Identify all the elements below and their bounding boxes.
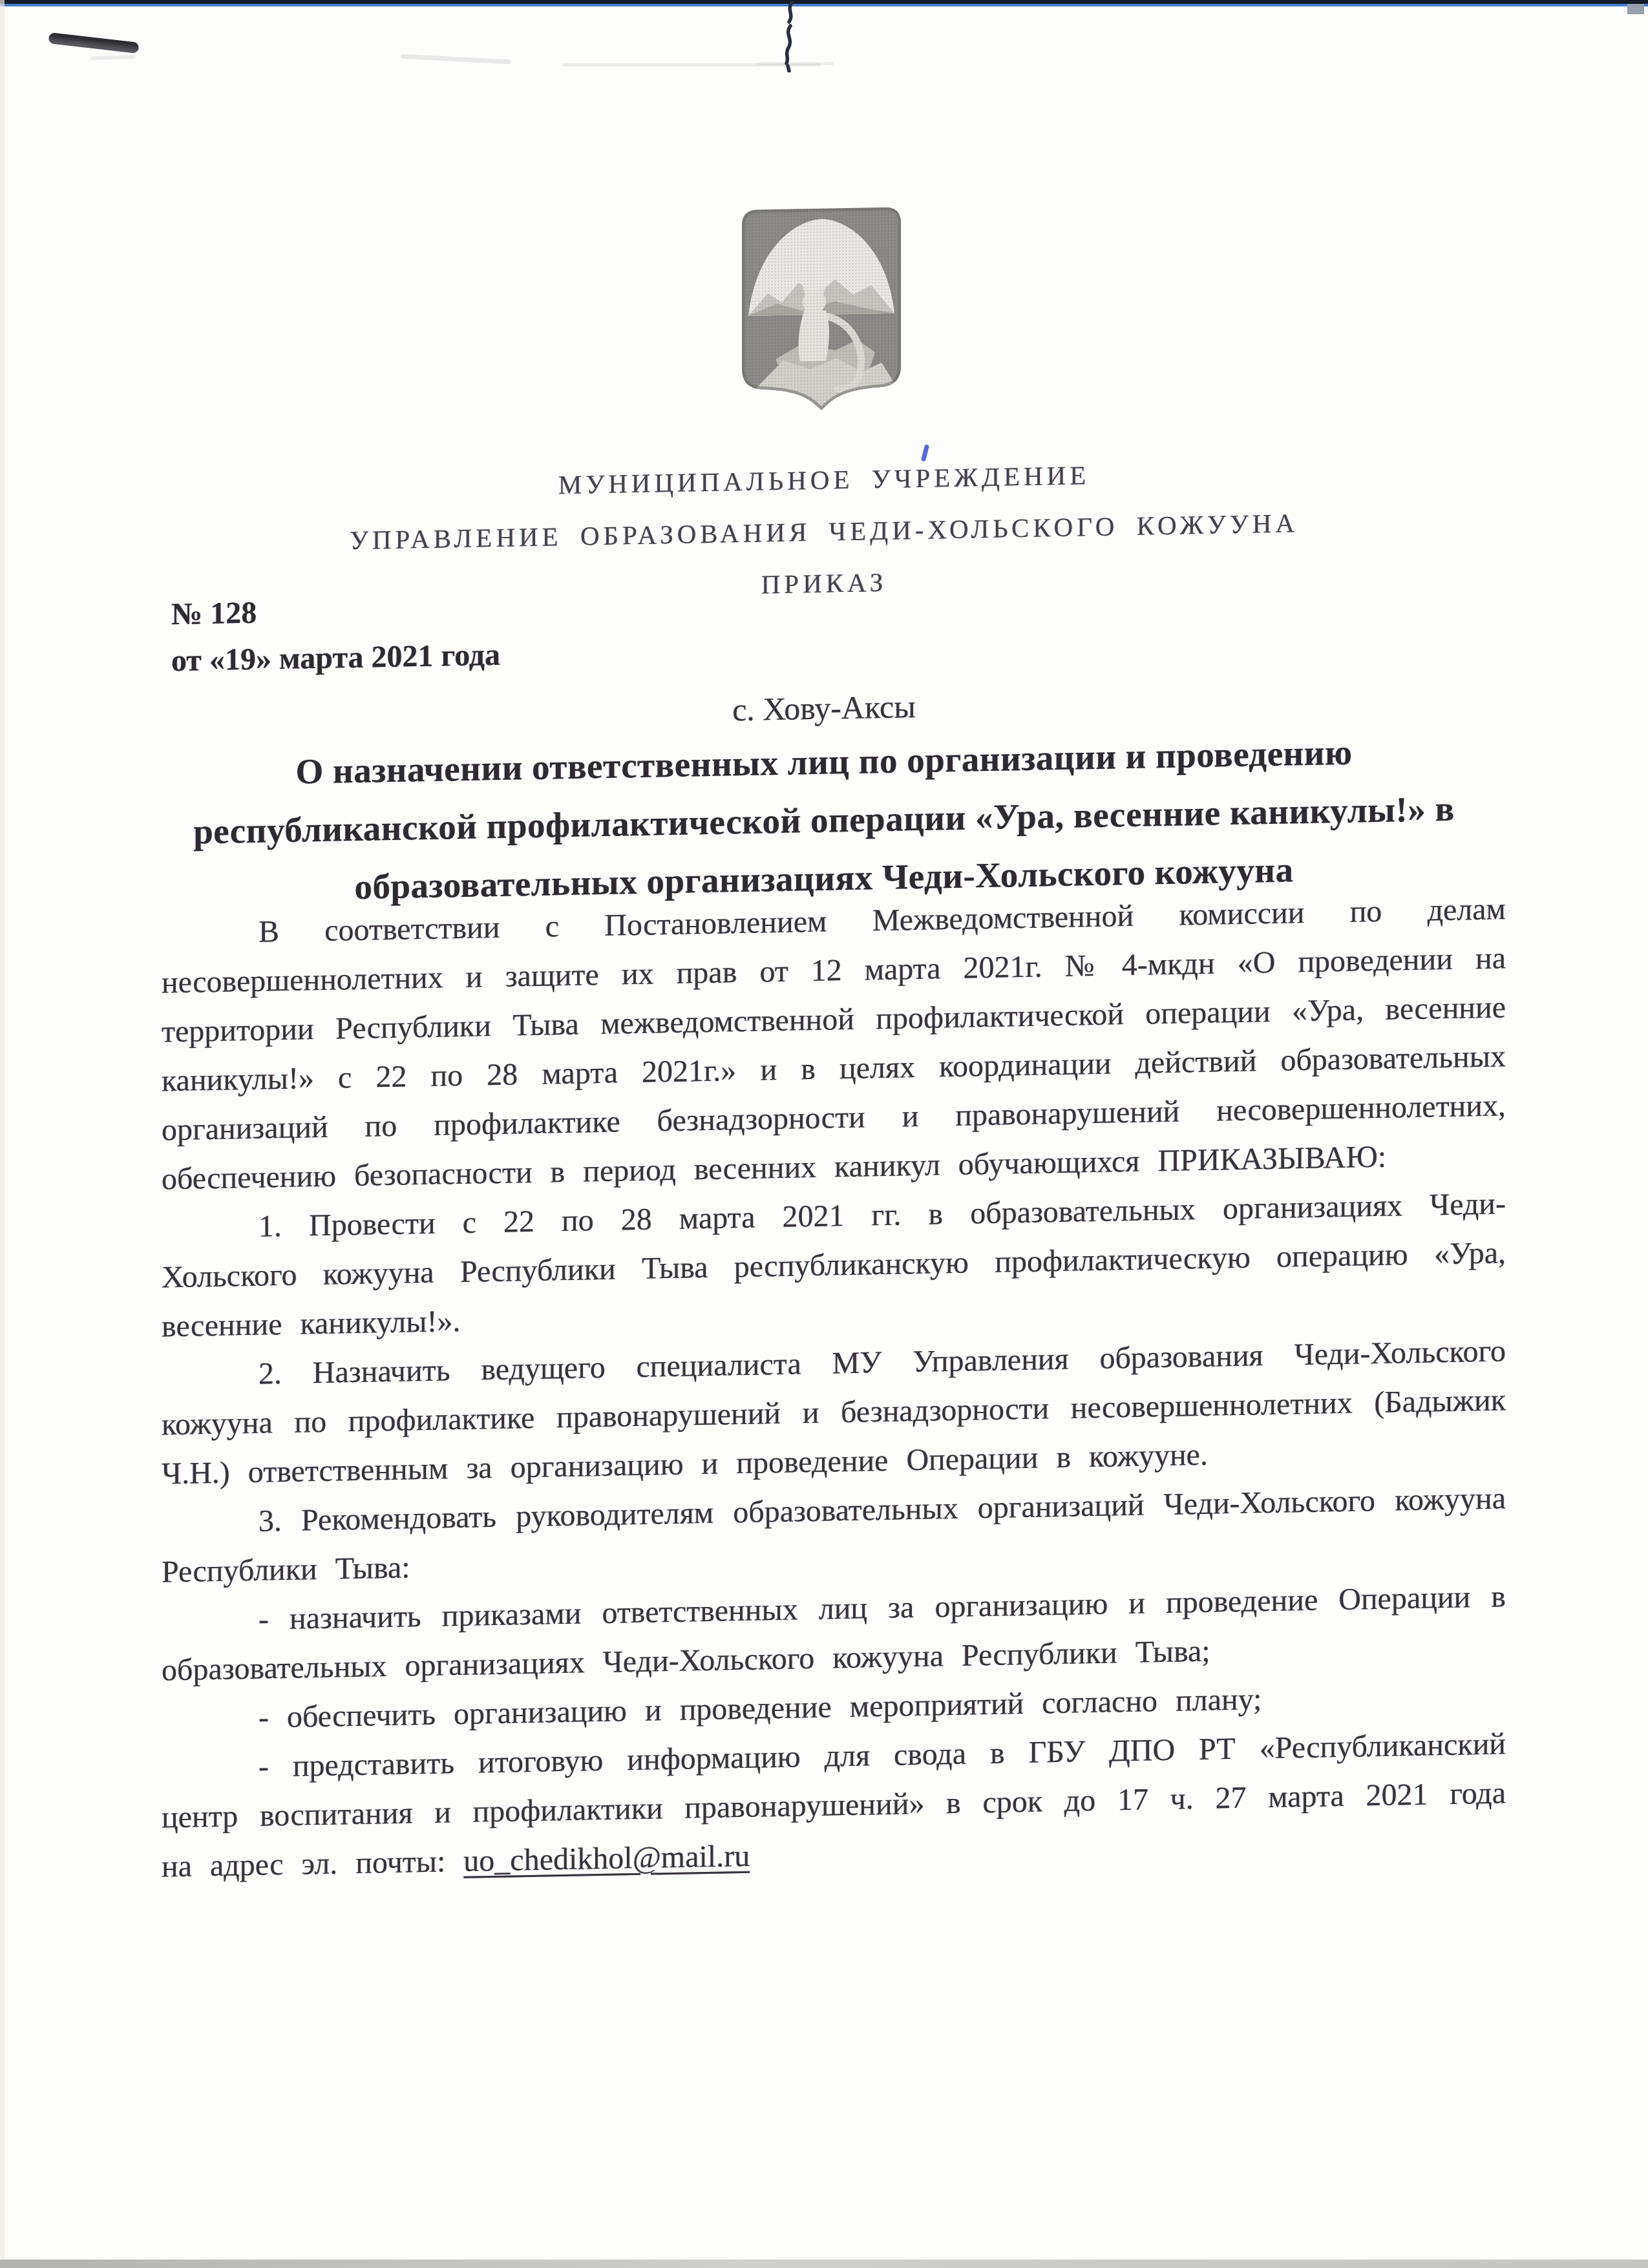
email-address: uo_chedikhol@mail.ru [463, 1839, 750, 1878]
paragraph-item-2: 2. Назначить ведущего специалиста МУ Упр… [162, 1327, 1506, 1498]
paragraph-sub-item-3: - представить итоговую информацию для св… [162, 1719, 1506, 1891]
paragraph-item-1: 1. Провести с 22 по 28 марта 2021 гг. в … [162, 1179, 1506, 1351]
paragraph-preamble: В соответствии с Постановлением Межведом… [162, 885, 1506, 1204]
halftone-texture [738, 203, 905, 414]
scanner-edge-bottom [0, 2260, 1648, 2268]
order-number: № 128 [171, 595, 257, 632]
sub-item-3-text: - представить итоговую информацию для св… [162, 1727, 1506, 1884]
document-body: В соответствии с Постановлением Межведом… [162, 885, 1506, 1891]
coat-of-arms-emblem [738, 203, 905, 414]
order-date: от «19» марта 2021 года [171, 637, 500, 678]
scanned-document-page: МУНИЦИПАЛЬНОЕ УЧРЕЖДЕНИЕ УПРАВЛЕНИЕ ОБРА… [0, 0, 1648, 2268]
